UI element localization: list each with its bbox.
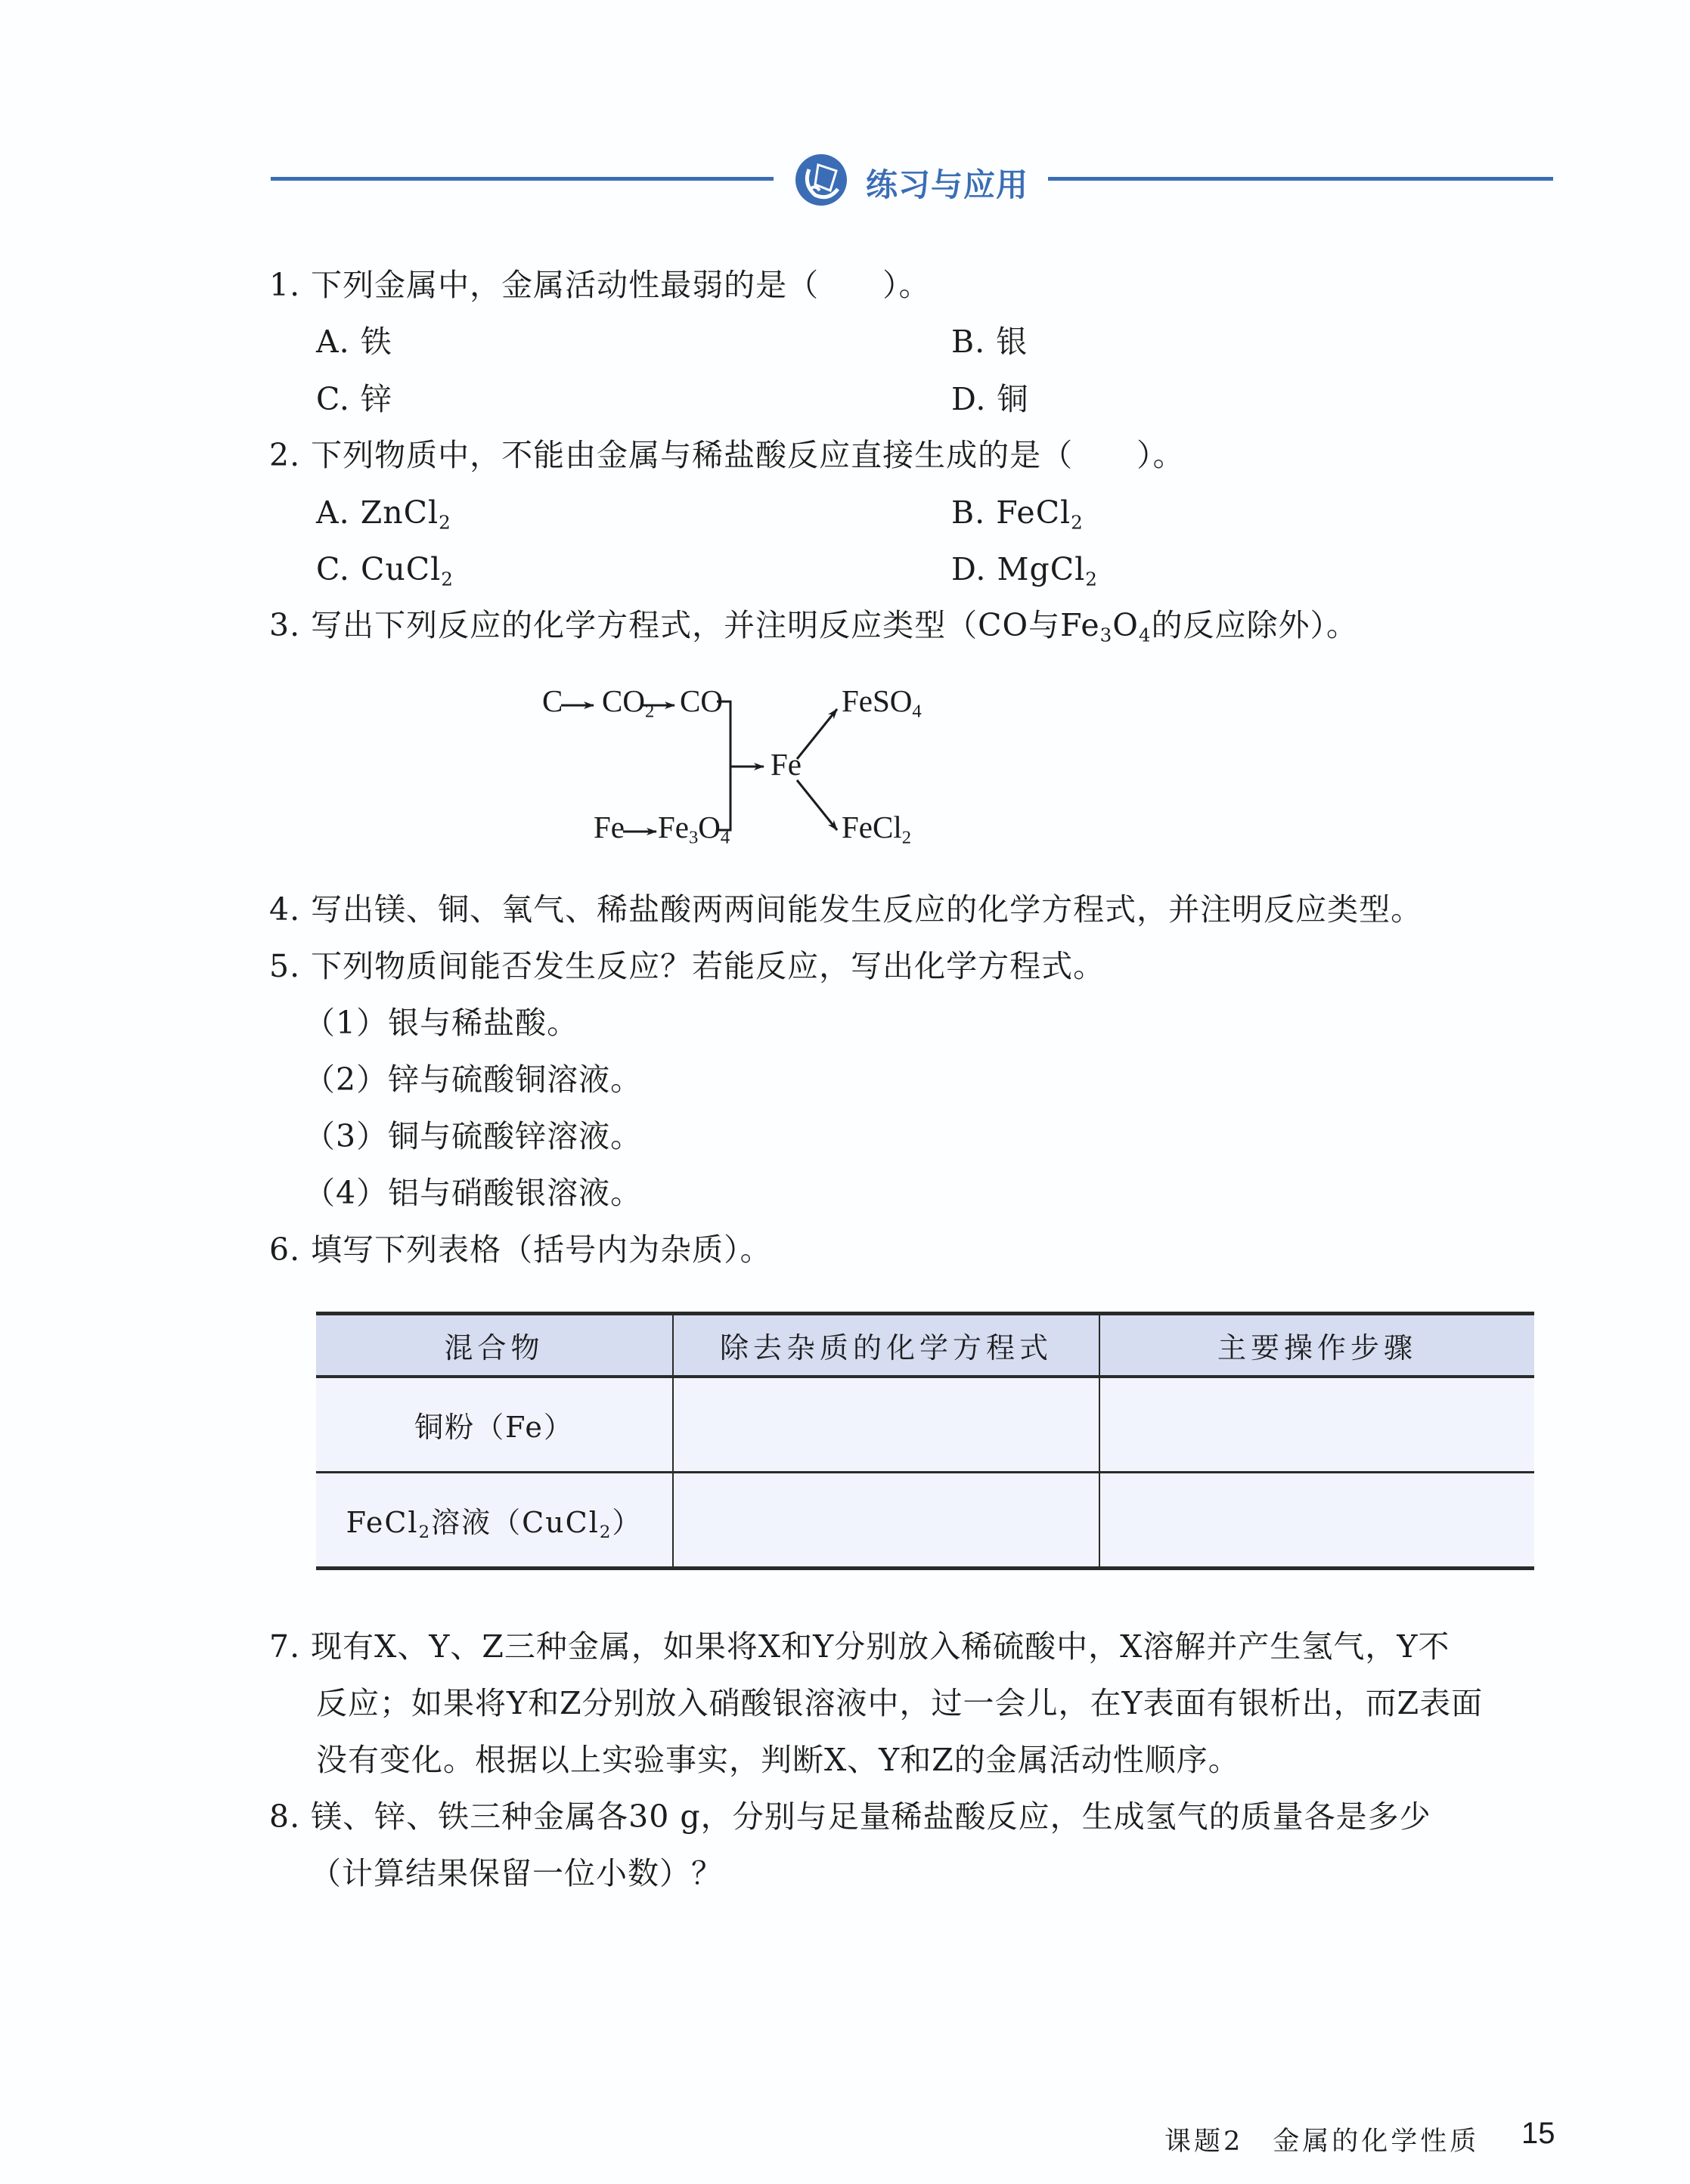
question-1: 1. 下列金属中，金属活动性最弱的是（ ）。: [269, 270, 931, 301]
question-8: 8. 镁、锌、铁三种金属各30 g，分别与足量稀盐酸反应，生成氢气的质量各是多少: [269, 1801, 1431, 1832]
question-number: 8.: [269, 1798, 300, 1835]
question-number: 6.: [269, 1231, 300, 1268]
q1-option-c[interactable]: C. 锌: [316, 384, 392, 415]
cell-equation[interactable]: [673, 1473, 1099, 1569]
book-swirl-icon: [792, 151, 850, 209]
header-equation: 除去杂质的化学方程式: [673, 1314, 1099, 1377]
question-2: 2. 下列物质中，不能由金属与稀盐酸反应直接生成的是（ ）。: [269, 440, 1185, 471]
cell-steps[interactable]: [1099, 1473, 1534, 1569]
q1-option-b[interactable]: B. 银: [951, 327, 1028, 358]
question-text: 写出镁、铜、氧气、稀盐酸两两间能发生反应的化学方程式，并注明反应类型。: [311, 891, 1422, 928]
table-row: 铜粉（Fe）: [316, 1377, 1534, 1473]
arrow-fe-fecl2: [797, 780, 837, 830]
question-8-line-2: （计算结果保留一位小数）？: [310, 1858, 723, 1889]
question-number: 3.: [269, 607, 300, 643]
node-c: C: [542, 683, 563, 719]
question-text: 下列金属中，金属活动性最弱的是（ ）。: [311, 267, 931, 303]
question-number: 2.: [269, 437, 300, 473]
table-row: FeCl2溶液（CuCl2）: [316, 1473, 1534, 1569]
cell-mixture: 铜粉（Fe）: [316, 1377, 673, 1473]
node-fecl2: FeCl2: [842, 809, 911, 845]
q2-option-b[interactable]: B. FeCl2: [951, 497, 1084, 528]
header-steps: 主要操作步骤: [1099, 1314, 1534, 1377]
q5-item-1: （1）银与稀盐酸。: [304, 1008, 578, 1039]
node-co: CO: [680, 683, 723, 719]
node-feso4: FeSO4: [842, 683, 922, 719]
q2-option-c[interactable]: C. CuCl2: [316, 554, 454, 585]
question-text: 下列物质间能否发生反应？若能反应，写出化学方程式。: [311, 948, 1105, 984]
arrow-fe-feso4: [797, 709, 837, 759]
question-5: 5. 下列物质间能否发生反应？若能反应，写出化学方程式。: [269, 951, 1105, 982]
node-co2: CO2: [602, 683, 654, 719]
q2-option-a[interactable]: A. ZnCl2: [316, 497, 451, 528]
cell-steps[interactable]: [1099, 1377, 1534, 1473]
q5-item-2: （2）锌与硫酸铜溶液。: [304, 1064, 642, 1095]
question-text: 下列物质中，不能由金属与稀盐酸反应直接生成的是（ ）。: [311, 437, 1185, 473]
q5-item-4: （4）铝与硝酸银溶液。: [304, 1178, 642, 1209]
question-number: 5.: [269, 948, 300, 984]
header-rule-left: [271, 177, 774, 181]
node-fe-center: Fe: [771, 746, 802, 782]
cell-equation[interactable]: [673, 1377, 1099, 1473]
q5-item-3: （3）铜与硫酸锌溶液。: [304, 1121, 642, 1152]
cell-mixture: FeCl2溶液（CuCl2）: [316, 1473, 673, 1569]
question-7: 7. 现有X、Y、Z三种金属，如果将X和Y分别放入稀硫酸中，X溶解并产生氢气，Y…: [269, 1631, 1450, 1662]
question-6: 6. 填写下列表格（括号内为杂质）。: [269, 1235, 772, 1265]
section-title: 练习与应用: [866, 160, 1028, 206]
question-7-line-2: 反应；如果将Y和Z分别放入硝酸银溶液中，过一会儿，在Y表面有银析出，而Z表面: [316, 1688, 1483, 1719]
header-mixture: 混合物: [316, 1314, 673, 1377]
question-3: 3. 写出下列反应的化学方程式，并注明反应类型（CO与Fe3O4的反应除外）。: [269, 610, 1358, 641]
impurity-table: 混合物 除去杂质的化学方程式 主要操作步骤 铜粉（Fe） FeCl2溶液（CuC…: [316, 1312, 1534, 1570]
node-fe-left: Fe: [594, 809, 625, 845]
question-number: 4.: [269, 891, 300, 928]
question-number: 7.: [269, 1628, 300, 1665]
chapter-footer: 课题2 金属的化学性质: [1164, 2120, 1479, 2158]
node-fe3o4: Fe3O4: [658, 809, 730, 845]
question-text: 填写下列表格（括号内为杂质）。: [311, 1231, 772, 1268]
page-number: 15: [1521, 2117, 1555, 2151]
table-header-row: 混合物 除去杂质的化学方程式 主要操作步骤: [316, 1314, 1534, 1377]
header-rule-right: [1048, 177, 1553, 181]
question-7-line-3: 没有变化。根据以上实验事实，判断X、Y和Z的金属活动性顺序。: [316, 1745, 1240, 1776]
q1-option-a[interactable]: A. 铁: [316, 327, 392, 358]
question-4: 4. 写出镁、铜、氧气、稀盐酸两两间能发生反应的化学方程式，并注明反应类型。: [269, 894, 1422, 925]
q2-option-d[interactable]: D. MgCl2: [951, 554, 1098, 585]
question-number: 1.: [269, 267, 300, 303]
q1-option-d[interactable]: D. 铜: [951, 384, 1029, 415]
